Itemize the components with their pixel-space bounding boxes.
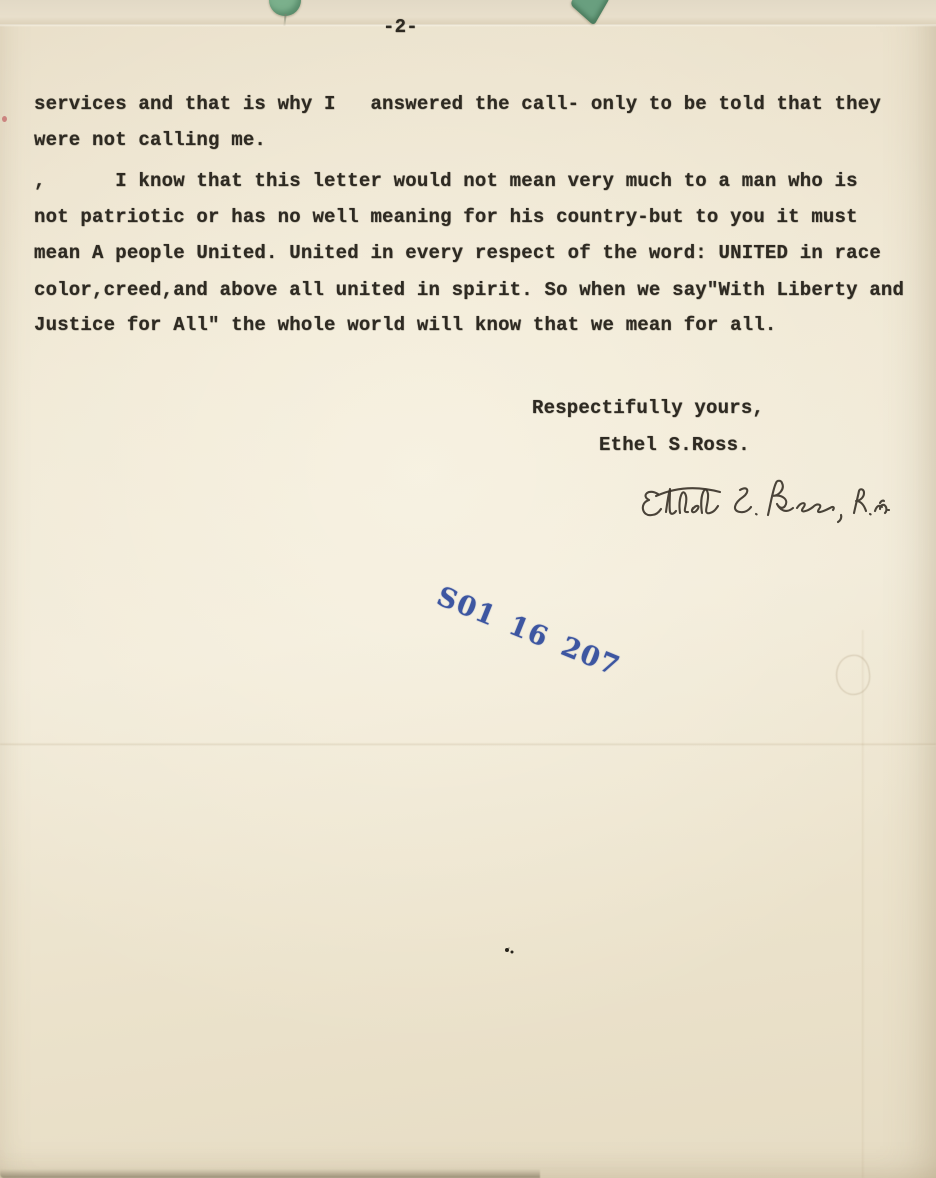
body-line: color,creed,and above all united in spir… xyxy=(34,280,904,300)
body-line: not patriotic or has no well meaning for… xyxy=(34,207,858,227)
body-line: were not calling me. xyxy=(34,130,266,150)
body-line: mean A people United. United in every re… xyxy=(34,243,881,263)
typed-signature-name: Ethel S.Ross. xyxy=(599,435,750,455)
vertical-crease xyxy=(862,630,864,1178)
body-line: services and that is why I answered the … xyxy=(34,94,881,114)
archive-number-stamp: S01 16 207 xyxy=(432,581,624,683)
faint-pencil-mark xyxy=(833,653,872,697)
body-line: Justice for All" the whole world will kn… xyxy=(34,315,777,335)
page-bottom-edge-shadow xyxy=(0,1169,540,1178)
valediction: Respectifully yours, xyxy=(532,398,764,418)
paper-speck xyxy=(2,116,7,122)
body-line: , I know that this letter would not mean… xyxy=(34,171,858,191)
page-top-edge xyxy=(0,0,936,25)
page-number: -2- xyxy=(383,17,418,37)
handwritten-signature xyxy=(636,472,890,536)
scanned-letter-page-2: -2- services and that is why I answered … xyxy=(0,0,936,1178)
ink-blot xyxy=(505,946,515,956)
horizontal-fold-crease xyxy=(0,743,936,746)
